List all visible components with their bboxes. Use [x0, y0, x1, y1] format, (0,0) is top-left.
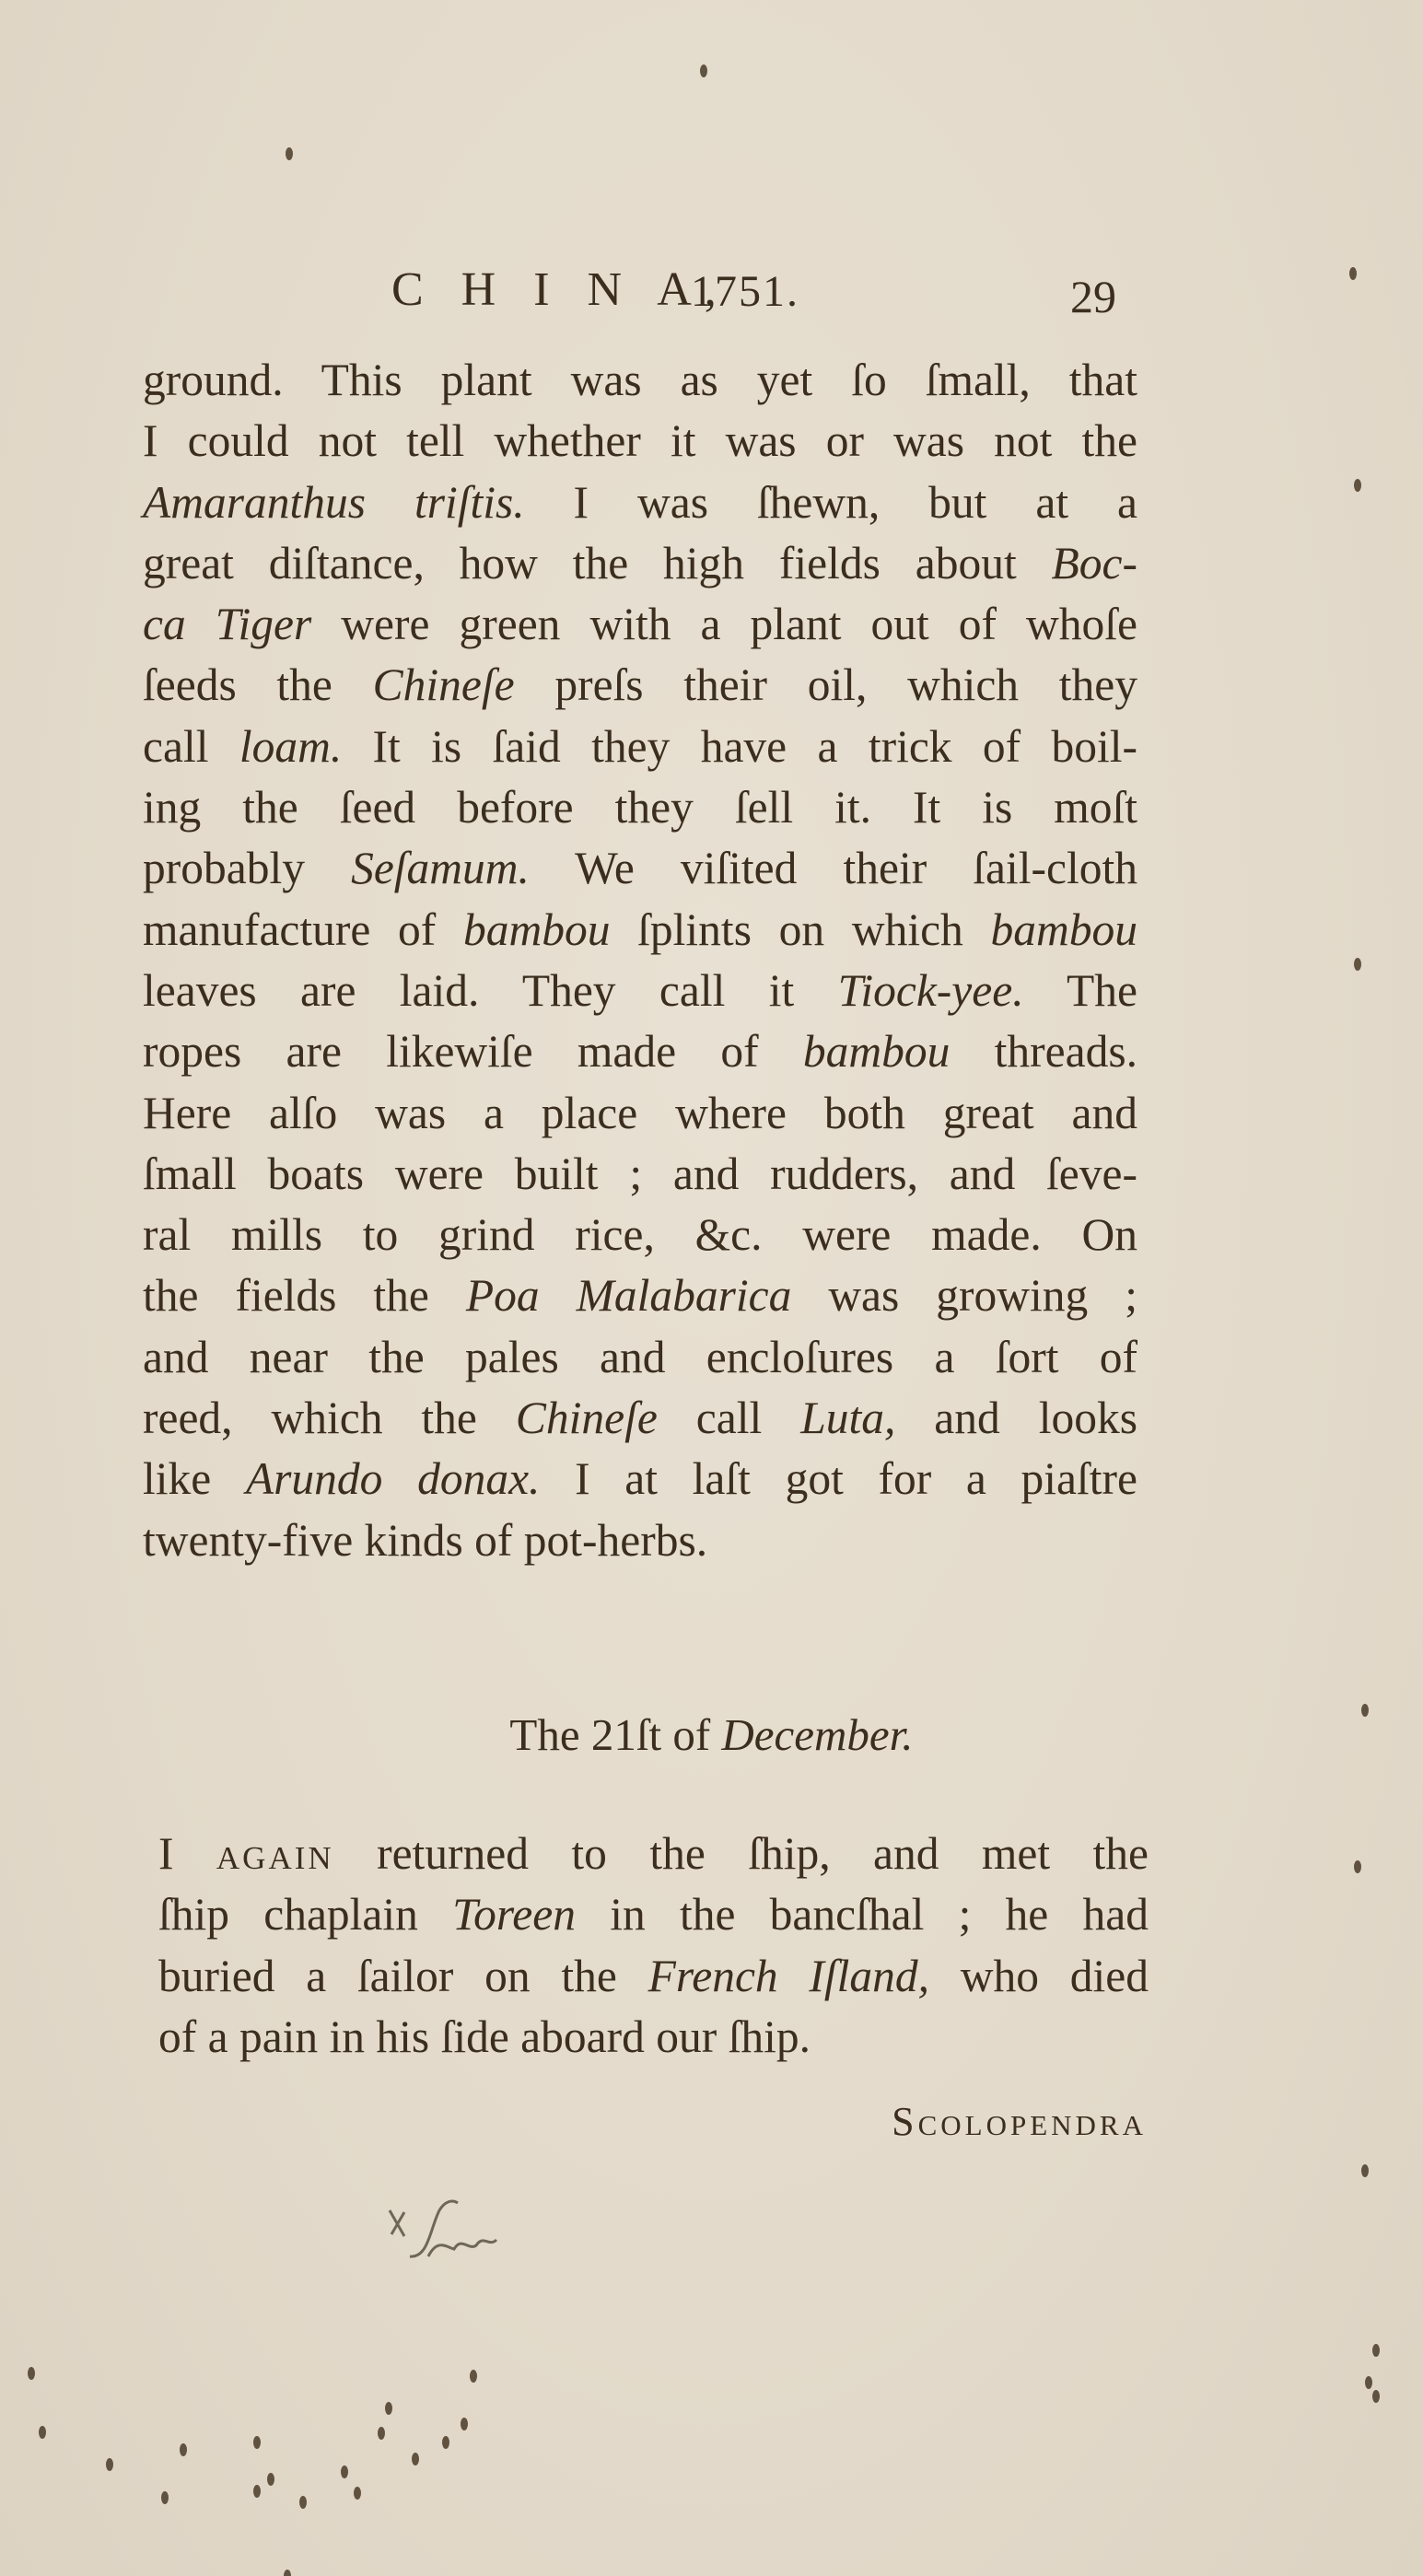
text-run: the fields the	[143, 1270, 466, 1321]
paragraph-lead: I again	[158, 1828, 334, 1879]
text-line: Amaranthus triſtis. I was ſhewn, but at …	[143, 472, 1137, 533]
book-page: C H I N A, 1751. 29 ground. This plant w…	[0, 0, 1423, 2576]
date-month: December.	[721, 1709, 913, 1760]
italic-term: Chineſe	[516, 1393, 658, 1443]
text-line: of a pain in his ſide aboard our ſhip.	[158, 2007, 1149, 2068]
text-line: and near the pales and encloſures a ſort…	[143, 1327, 1137, 1388]
italic-term: Amaranthus triſtis.	[143, 477, 525, 528]
text-run: probably	[143, 843, 351, 893]
italic-term: bambou	[803, 1026, 951, 1077]
text-run: threads.	[950, 1026, 1137, 1077]
text-run: Here alſo was a place where both great a…	[143, 1088, 1137, 1138]
text-line: reed, which the Chineſe call Luta, and l…	[143, 1388, 1137, 1449]
text-run: ral mills to grind rice, &c. were made. …	[143, 1209, 1137, 1260]
date-heading: The 21ſt of December.	[0, 1708, 1423, 1761]
speck	[461, 2418, 468, 2430]
text-line: ca Tiger were green with a plant out of …	[143, 594, 1137, 655]
text-run: It is ſaid they have a trick of boil-	[342, 721, 1137, 772]
speck	[1349, 267, 1357, 280]
speck	[106, 2458, 113, 2471]
italic-term: French Iſland,	[648, 1951, 929, 2001]
text-run: I at laſt got for a piaſtre	[540, 1453, 1137, 1504]
speck	[341, 2465, 348, 2478]
speck	[1354, 1860, 1361, 1873]
text-run: great diſtance, how the high fields abou…	[143, 538, 1052, 589]
text-line: twenty-five kinds of pot-herbs.	[143, 1510, 1137, 1571]
text-line: buried a ſailor on the French Iſland, wh…	[158, 1946, 1149, 2007]
italic-term: bambou	[991, 904, 1138, 955]
text-run: twenty-five kinds of pot-herbs.	[143, 1515, 707, 1566]
text-line: ſmall boats were built ; and rudders, an…	[143, 1144, 1137, 1205]
catchword: Scolopendra	[892, 2098, 1147, 2145]
speck	[412, 2453, 419, 2465]
speck	[286, 147, 293, 160]
speck	[378, 2427, 385, 2440]
speck	[253, 2436, 261, 2449]
text-run: and near the pales and encloſures a ſort…	[143, 1332, 1137, 1382]
italic-term: Chineſe	[373, 659, 515, 710]
text-line: great diſtance, how the high fields abou…	[143, 533, 1137, 594]
text-run: buried a ſailor on the	[158, 1951, 648, 2001]
text-line: ſeeds the Chineſe preſs their oil, which…	[143, 655, 1137, 716]
speck	[700, 64, 707, 77]
text-run: ground. This plant was as yet ſo ſmall, …	[143, 355, 1137, 405]
text-run: ropes are likewiſe made of	[143, 1026, 803, 1077]
italic-term: loam.	[239, 721, 342, 772]
speck	[1365, 2376, 1372, 2389]
pencil-annotation	[373, 2192, 520, 2266]
speck	[39, 2426, 46, 2439]
text-run: call	[143, 721, 239, 772]
text-run: manufacture of	[143, 904, 463, 955]
italic-term: bambou	[463, 904, 611, 955]
text-run: I was ſhewn, but at a	[525, 477, 1137, 528]
text-run: leaves are laid. They call it	[143, 965, 838, 1016]
text-line: ing the ſeed before they ſell it. It is …	[143, 777, 1137, 838]
speck	[28, 2367, 35, 2380]
paragraph-1: ground. This plant was as yet ſo ſmall, …	[143, 350, 1137, 1571]
text-run: who died	[929, 1951, 1149, 2001]
text-run: were green with a plant out of whoſe	[311, 599, 1137, 649]
date-prefix: The 21ſt of	[509, 1709, 721, 1760]
text-run: I could not tell whether it was or was n…	[143, 415, 1137, 466]
speck	[299, 2496, 307, 2509]
text-line: Here alſo was a place where both great a…	[143, 1083, 1137, 1144]
text-line: I could not tell whether it was or was n…	[143, 411, 1137, 472]
text-run: preſs their oil, which they	[515, 659, 1137, 710]
speck	[180, 2443, 187, 2456]
text-line: ſhip chaplain Toreen in the bancſhal ; h…	[158, 1884, 1149, 1945]
italic-term: Tiock-yee.	[838, 965, 1024, 1016]
text-line: ral mills to grind rice, &c. were made. …	[143, 1205, 1137, 1265]
speck	[1354, 958, 1361, 971]
text-run: returned to the ſhip, and met the	[334, 1828, 1149, 1879]
running-head: C H I N A, 1751. 29	[138, 262, 1133, 327]
text-run: The	[1024, 965, 1137, 1016]
text-line: I again returned to the ſhip, and met th…	[158, 1824, 1149, 1884]
speck	[1361, 1704, 1369, 1717]
text-run: and looks	[895, 1393, 1137, 1443]
italic-term: Luta,	[800, 1393, 895, 1443]
text-run: ſplints on which	[610, 904, 990, 955]
speck	[354, 2487, 361, 2500]
italic-term: ca Tiger	[143, 599, 311, 649]
speck	[161, 2491, 169, 2504]
text-run: reed, which the	[143, 1393, 516, 1443]
text-line: call loam. It is ſaid they have a trick …	[143, 717, 1137, 777]
text-run: ſeeds the	[143, 659, 373, 710]
text-line: ground. This plant was as yet ſo ſmall, …	[143, 350, 1137, 411]
page-number: 29	[1070, 270, 1116, 323]
text-line: leaves are laid. They call it Tiock-yee.…	[143, 961, 1137, 1021]
text-run: was growing ;	[791, 1270, 1137, 1321]
speck	[1354, 479, 1361, 492]
text-run: ſhip chaplain	[158, 1889, 452, 1940]
text-line: manufacture of bambou ſplints on which b…	[143, 900, 1137, 961]
text-run: call	[658, 1393, 800, 1443]
italic-term: Arundo donax.	[246, 1453, 541, 1504]
running-year: 1751.	[691, 266, 799, 317]
italic-term: Boc-	[1052, 538, 1137, 589]
italic-term: Toreen	[452, 1889, 576, 1940]
text-run: like	[143, 1453, 246, 1504]
text-run: ing the ſeed before they ſell it. It is …	[143, 782, 1137, 833]
speck	[284, 2570, 291, 2576]
text-line: the fields the Poa Malabarica was growin…	[143, 1265, 1137, 1326]
text-line: ropes are likewiſe made of bambou thread…	[143, 1021, 1137, 1082]
speck	[1361, 2164, 1369, 2177]
paragraph-2: I again returned to the ſhip, and met th…	[158, 1824, 1149, 2068]
text-run: in the bancſhal ; he had	[576, 1889, 1149, 1940]
text-run: We viſited their ſail-cloth	[530, 843, 1137, 893]
speck	[1372, 2390, 1380, 2403]
speck	[442, 2436, 449, 2449]
text-run: of a pain in his ſide aboard our ſhip.	[158, 2011, 811, 2062]
italic-term: Poa Malabarica	[466, 1270, 791, 1321]
speck	[470, 2370, 477, 2383]
speck	[267, 2473, 274, 2486]
text-line: probably Seſamum. We viſited their ſail-…	[143, 838, 1137, 899]
text-run: ſmall boats were built ; and rudders, an…	[143, 1148, 1137, 1199]
speck	[1372, 2344, 1380, 2357]
italic-term: Seſamum.	[351, 843, 530, 893]
running-title: C H I N A,	[391, 262, 729, 317]
speck	[253, 2485, 261, 2498]
speck	[385, 2402, 392, 2415]
text-line: like Arundo donax. I at laſt got for a p…	[143, 1449, 1137, 1509]
